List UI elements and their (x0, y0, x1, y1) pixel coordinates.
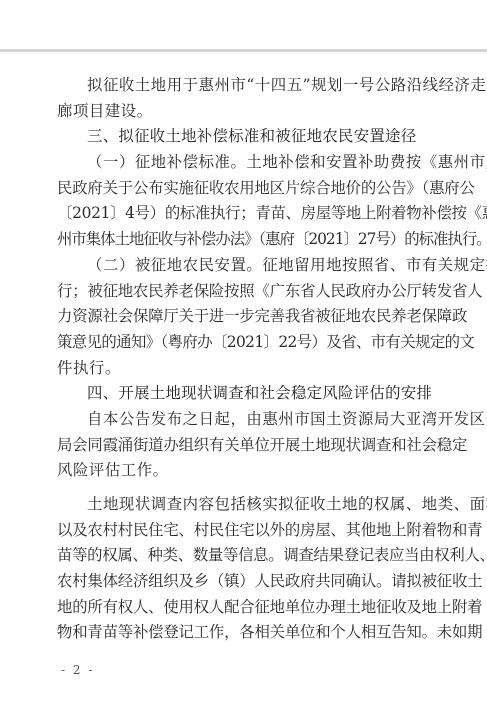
page-top-divider (0, 49, 487, 52)
paragraph-line: 自本公告发布之日起，由惠州市国土资源局大亚湾开发区分 (57, 407, 439, 433)
paragraph-line: 拟征收土地用于惠州市“十四五”规划一号公路沿线经济走 (57, 73, 439, 99)
section-heading-3: 三、拟征收土地补偿标准和被征地农民安置途径 (57, 124, 439, 150)
paragraph-line: 民政府关于公布实施征收农用地区片综合地价的公告》（惠府公 (57, 176, 439, 202)
paragraph-line: 行；被征地农民养老保险按照《广东省人民政府办公厅转发省人 (57, 279, 439, 305)
paragraph-line: 州市集体土地征收与补偿办法》（惠府〔2021〕27号）的标准执行。 (57, 227, 439, 253)
paragraph-line: 局会同霞涌街道办组织有关单位开展土地现状调查和社会稳定 (57, 433, 439, 459)
paragraph-line: 物和青苗等补偿登记工作，各相关单位和个人相互告知。未如期 (57, 620, 439, 646)
paragraph-line: 苗等的权属、种类、数量等信息。调查结果登记表应当由权利人、 (57, 543, 439, 569)
paragraph-line: 廊项目建设。 (57, 99, 439, 125)
paragraph-line: 件执行。 (57, 356, 439, 382)
paragraph-line: 策意见的通知》（粤府办〔2021〕22号）及省、市有关规定的文 (57, 330, 439, 356)
paragraph-gap (57, 484, 439, 492)
paragraph-line: 以及农村村民住宅、村民住宅以外的房屋、其他地上附着物和青 (57, 518, 439, 544)
paragraph-line: 力资源社会保障厅关于进一步完善我省被征地农民养老保障政 (57, 304, 439, 330)
section-heading-4: 四、开展土地现状调查和社会稳定风险评估的安排 (57, 381, 439, 407)
paragraph-line: 风险评估工作。 (57, 458, 439, 484)
paragraph-line: 〔2021〕4号）的标准执行；青苗、房屋等地上附着物补偿按《惠 (57, 201, 439, 227)
paragraph-line: 土地现状调查内容包括核实拟征收土地的权属、地类、面积， (57, 492, 439, 518)
paragraph-line: 农村集体经济组织及乡（镇）人民政府共同确认。请拟被征收土 (57, 569, 439, 595)
paragraph-line: 地的所有权人、使用权人配合征地单位办理土地征收及地上附着 (57, 595, 439, 621)
document-body: 拟征收土地用于惠州市“十四五”规划一号公路沿线经济走 廊项目建设。 三、拟征收土… (57, 73, 439, 646)
paragraph-line: （一）征地补偿标准。土地补偿和安置补助费按《惠州市人 (57, 150, 439, 176)
paragraph-line: （二）被征地农民安置。征地留用地按照省、市有关规定执 (57, 253, 439, 279)
page-number: - 2 - (61, 663, 94, 677)
